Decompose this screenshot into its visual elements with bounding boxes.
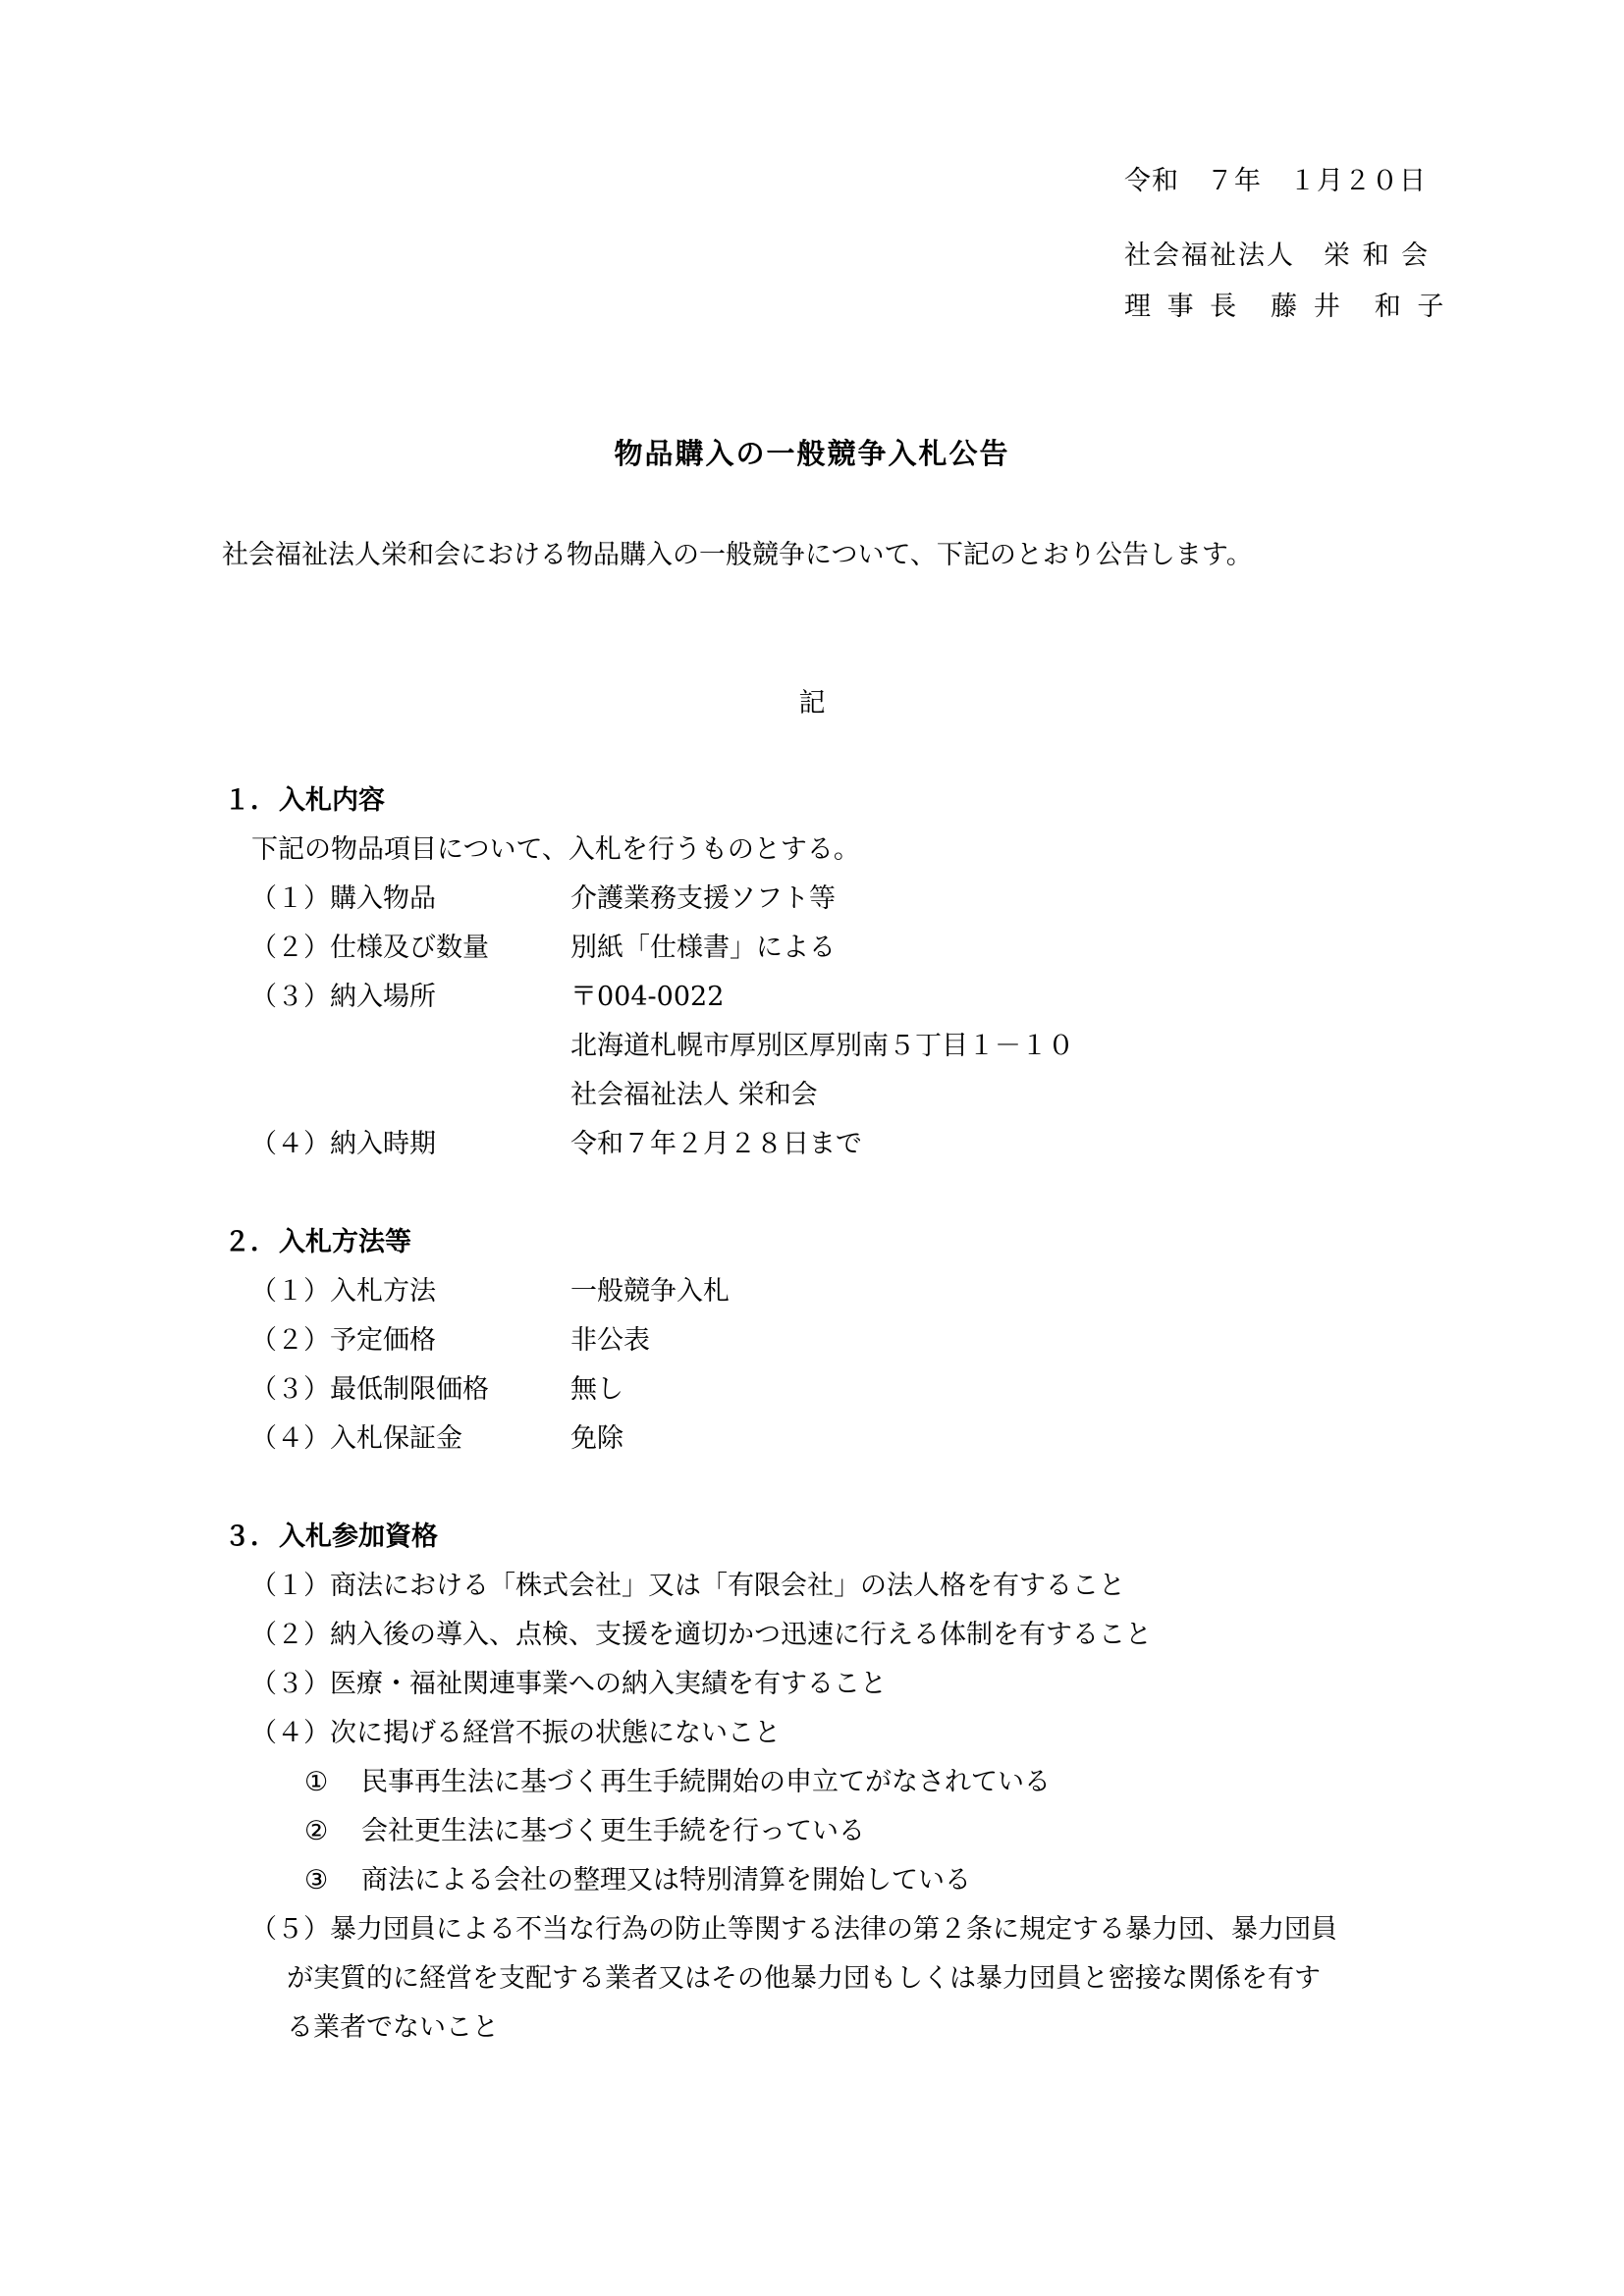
qualification-subitem: ②会社更生法に基づく更生手続を行っている xyxy=(304,1818,865,1844)
postal-code: 〒004-0022 xyxy=(570,984,724,1010)
section-3-heading: ３．入札参加資格 xyxy=(224,1523,438,1550)
delivery-recipient: 社会福祉法人 栄和会 xyxy=(570,1082,818,1108)
qualification-item: （２）納入後の導入、点検、支援を適切かつ迅速に行える体制を有すること xyxy=(250,1622,1152,1648)
section-title: 入札内容 xyxy=(279,785,385,816)
row-value: 免除 xyxy=(570,1425,623,1452)
qualification-item-5-line1: （５）暴力団員による不当な行為の防止等関する法律の第２条に規定する暴力団、暴力団… xyxy=(250,1916,1337,1943)
row-value: 非公表 xyxy=(570,1327,650,1354)
row-value: 令和７年２月２８日まで xyxy=(570,1131,862,1157)
section-1-lead: 下記の物品項目について、入札を行うものとする。 xyxy=(251,836,860,863)
issuer-representative: 理 事 長 藤 井 和 子 xyxy=(1124,294,1447,320)
qualification-item: （３）医療・福祉関連事業への納入実績を有すること xyxy=(250,1671,887,1697)
qualification-item-5-line3: る業者でないこと xyxy=(287,2014,499,2041)
subitem-text: 商法による会社の整理又は特別清算を開始している xyxy=(361,1865,971,1896)
section-title: 入札参加資格 xyxy=(279,1522,438,1552)
document-title: 物品購入の一般競争入札公告 xyxy=(0,440,1624,468)
row-value: 別紙「仕様書」による xyxy=(570,934,836,961)
ki-label: 記 xyxy=(0,690,1624,717)
row-label: （４）入札保証金 xyxy=(250,1425,462,1452)
section-number: １． xyxy=(224,787,279,814)
section-number: ３． xyxy=(224,1523,279,1550)
subitem-text: 会社更生法に基づく更生手続を行っている xyxy=(361,1816,865,1846)
qualification-item: （１）商法における「株式会社」又は「有限会社」の法人格を有すること xyxy=(250,1573,1125,1599)
subitem-text: 民事再生法に基づく再生手続開始の申立てがなされている xyxy=(361,1767,1051,1797)
row-label: （２）予定価格 xyxy=(250,1327,436,1354)
row-value: 介護業務支援ソフト等 xyxy=(570,885,836,912)
row-value: 無し xyxy=(570,1376,623,1403)
qualification-item: （４）次に掲げる経営不振の状態にないこと xyxy=(250,1720,781,1746)
row-label: （３）納入場所 xyxy=(250,984,436,1010)
row-label: （２）仕様及び数量 xyxy=(250,934,489,961)
intro-paragraph: 社会福祉法人栄和会における物品購入の一般競争について、下記のとおり公告します。 xyxy=(222,542,1253,568)
section-1-heading: １．入札内容 xyxy=(224,787,385,814)
row-label: （１）入札方法 xyxy=(250,1278,436,1305)
issuer-organization: 社会福祉法人 栄 和 会 xyxy=(1124,242,1430,269)
delivery-address: 北海道札幌市厚別区厚別南５丁目１－１０ xyxy=(570,1033,1074,1059)
qualification-subitem: ①民事再生法に基づく再生手続開始の申立てがなされている xyxy=(304,1769,1051,1795)
notice-date: 令和 ７年 １月２０日 xyxy=(1124,168,1427,194)
row-label: （３）最低制限価格 xyxy=(250,1376,489,1403)
row-label: （４）納入時期 xyxy=(250,1131,436,1157)
circled-number: ② xyxy=(304,1818,361,1844)
row-value: 一般競争入札 xyxy=(570,1278,730,1305)
row-label: （１）購入物品 xyxy=(250,885,436,912)
section-number: ２． xyxy=(224,1229,279,1255)
section-title: 入札方法等 xyxy=(279,1227,411,1257)
circled-number: ① xyxy=(304,1769,361,1795)
qualification-item-5-line2: が実質的に経営を支配する業者又はその他暴力団もしくは暴力団員と密接な関係を有す xyxy=(287,1965,1321,1992)
qualification-subitem: ③商法による会社の整理又は特別清算を開始している xyxy=(304,1867,971,1894)
section-2-heading: ２．入札方法等 xyxy=(224,1229,411,1255)
circled-number: ③ xyxy=(304,1867,361,1894)
